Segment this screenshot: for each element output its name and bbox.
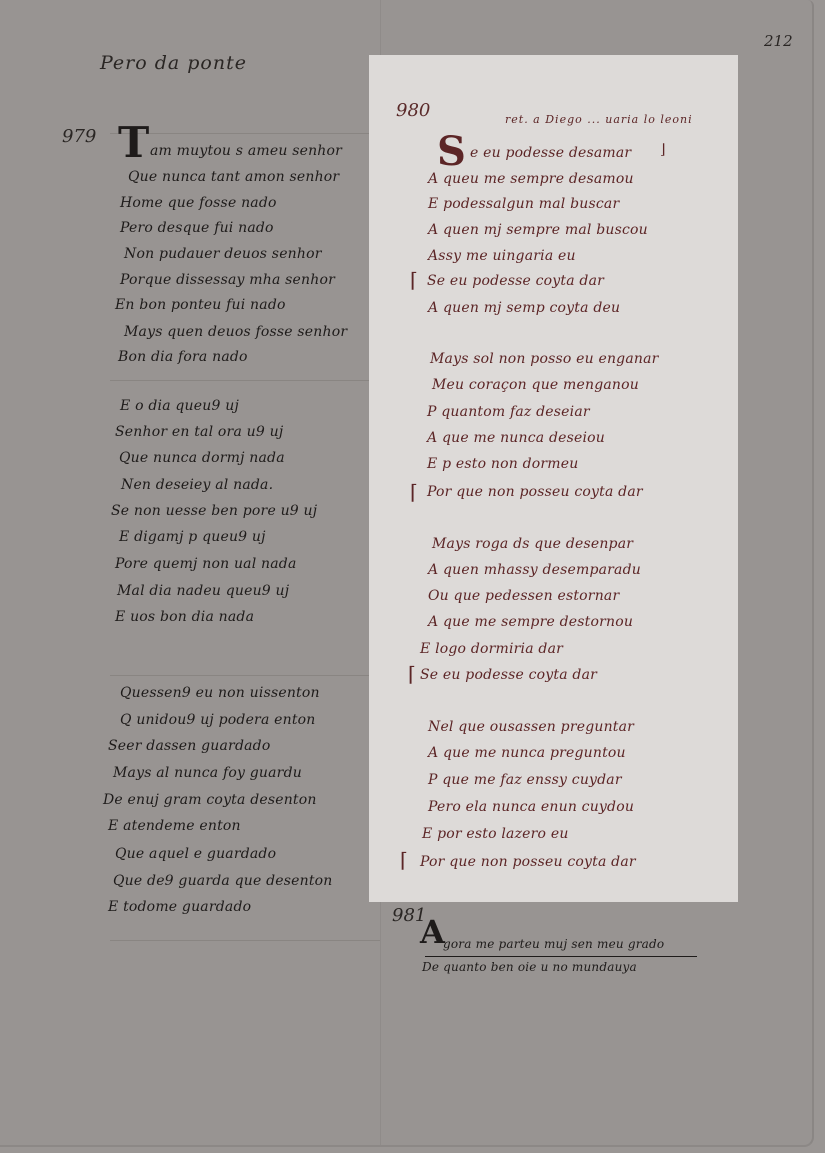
verse-line: Se eu podesse coyta dar xyxy=(420,667,597,683)
verse-line: A queu me sempre desamou xyxy=(428,171,634,187)
verse-line: Porque dissessay mha senhor xyxy=(120,272,335,288)
verse-line: Home que fosse nado xyxy=(120,195,277,211)
verse-line: Se non uesse ben pore u9 uj xyxy=(111,503,317,519)
verse-line: E por esto lazero eu xyxy=(422,826,569,842)
verse-line: Por que non posseu coyta dar xyxy=(427,484,643,500)
verse-line: Assy me uingaria eu xyxy=(428,248,576,264)
verse-line: A que me nunca preguntou xyxy=(428,745,626,761)
verse-line: E p esto non dormeu xyxy=(427,456,578,472)
verse-line: E uos bon dia nada xyxy=(115,609,254,625)
underline-stroke xyxy=(425,956,697,957)
verse-line: gora me parteu muj sen meu grado xyxy=(443,937,664,951)
verse-line: Non pudauer deuos senhor xyxy=(124,246,322,262)
verse-line: Mal dia nadeu queu9 uj xyxy=(117,583,289,599)
ruling-line xyxy=(110,675,370,676)
marginal-annotation: ret. a Diego ... uaria lo leoni xyxy=(505,113,693,126)
refrain-mark: ⌈ xyxy=(400,848,408,872)
verse-line: Pero ela nunca enun cuydou xyxy=(428,799,634,815)
verse-line: Que nunca dormj nada xyxy=(119,450,285,466)
refrain-mark: ⌈ xyxy=(408,662,416,686)
verse-line: Que de9 guarda que desenton xyxy=(113,873,333,889)
decorated-initial: T xyxy=(118,118,149,167)
verse-line: Seer dassen guardado xyxy=(108,738,270,754)
verse-line: E todome guardado xyxy=(108,899,251,915)
verse-line: Mays quen deuos fosse senhor xyxy=(124,324,347,340)
verse-line: Senhor en tal ora u9 uj xyxy=(115,424,283,440)
verse-line: Quessen9 eu non uissenton xyxy=(120,685,320,701)
author-heading: Pero da ponte xyxy=(100,52,247,74)
verse-line: Bon dia fora nado xyxy=(118,349,248,365)
refrain-mark: ⌈ xyxy=(410,480,418,504)
folio-number: 212 xyxy=(764,32,793,50)
poem-number: 980 xyxy=(396,100,430,121)
verse-line: P que me faz enssy cuydar xyxy=(428,772,622,788)
verse-line: A quen mj sempre mal buscou xyxy=(428,222,648,238)
verse-line: Nel que ousassen preguntar xyxy=(428,719,634,735)
refrain-mark: ⌈ xyxy=(410,268,418,292)
verse-line: A que me sempre destornou xyxy=(428,614,633,630)
verse-line: Que aquel e guardado xyxy=(115,846,276,862)
verse-line: Pero desque fui nado xyxy=(120,220,274,236)
verse-line: En bon ponteu fui nado xyxy=(115,297,286,313)
verse-line: De enuj gram coyta desenton xyxy=(103,792,317,808)
verse-line: A quen mj semp coyta deu xyxy=(428,300,620,316)
verse-line: Nen deseiey al nada. xyxy=(121,477,273,493)
decorated-initial: A xyxy=(420,913,445,951)
verse-line: De quanto ben oie u no mundauya xyxy=(422,960,637,974)
verse-line: A quen mhassy desemparadu xyxy=(428,562,641,578)
poem-number: 979 xyxy=(62,126,96,147)
decorated-initial: S xyxy=(437,128,466,175)
verse-line: A que me nunca deseiou xyxy=(427,430,605,446)
verse-line: Mays al nunca foy guardu xyxy=(113,765,302,781)
verse-line: Ou que pedessen estornar xyxy=(428,588,619,604)
verse-line: Mays roga ds que desenpar xyxy=(432,536,633,552)
verse-line: E podessalgun mal buscar xyxy=(428,196,619,212)
verse-line: E digamj p queu9 uj xyxy=(119,529,266,545)
verse-line: Mays sol non posso eu enganar xyxy=(430,351,659,367)
ruling-line xyxy=(110,940,380,941)
margin-bracket: ⌋ xyxy=(660,142,665,158)
verse-line: Que nunca tant amon senhor xyxy=(128,169,339,185)
ruling-line xyxy=(110,133,380,134)
verse-line: E atendeme enton xyxy=(108,818,241,834)
verse-line: Meu coraçon que menganou xyxy=(432,377,639,393)
verse-line: e eu podesse desamar xyxy=(470,145,631,161)
verse-line: Pore quemj non ual nada xyxy=(115,556,297,572)
ruling-line xyxy=(110,380,370,381)
manuscript-page: Pero da ponte 212 979 T am muytou s ameu… xyxy=(0,0,814,1147)
verse-line: Q unidou9 uj podera enton xyxy=(120,712,316,728)
verse-line: E o dia queu9 uj xyxy=(120,398,239,414)
verse-line: am muytou s ameu senhor xyxy=(150,143,342,159)
verse-line: Por que non posseu coyta dar xyxy=(420,854,636,870)
verse-line: Se eu podesse coyta dar xyxy=(427,273,604,289)
verse-line: E logo dormiria dar xyxy=(420,641,563,657)
verse-line: P quantom faz deseiar xyxy=(427,404,590,420)
